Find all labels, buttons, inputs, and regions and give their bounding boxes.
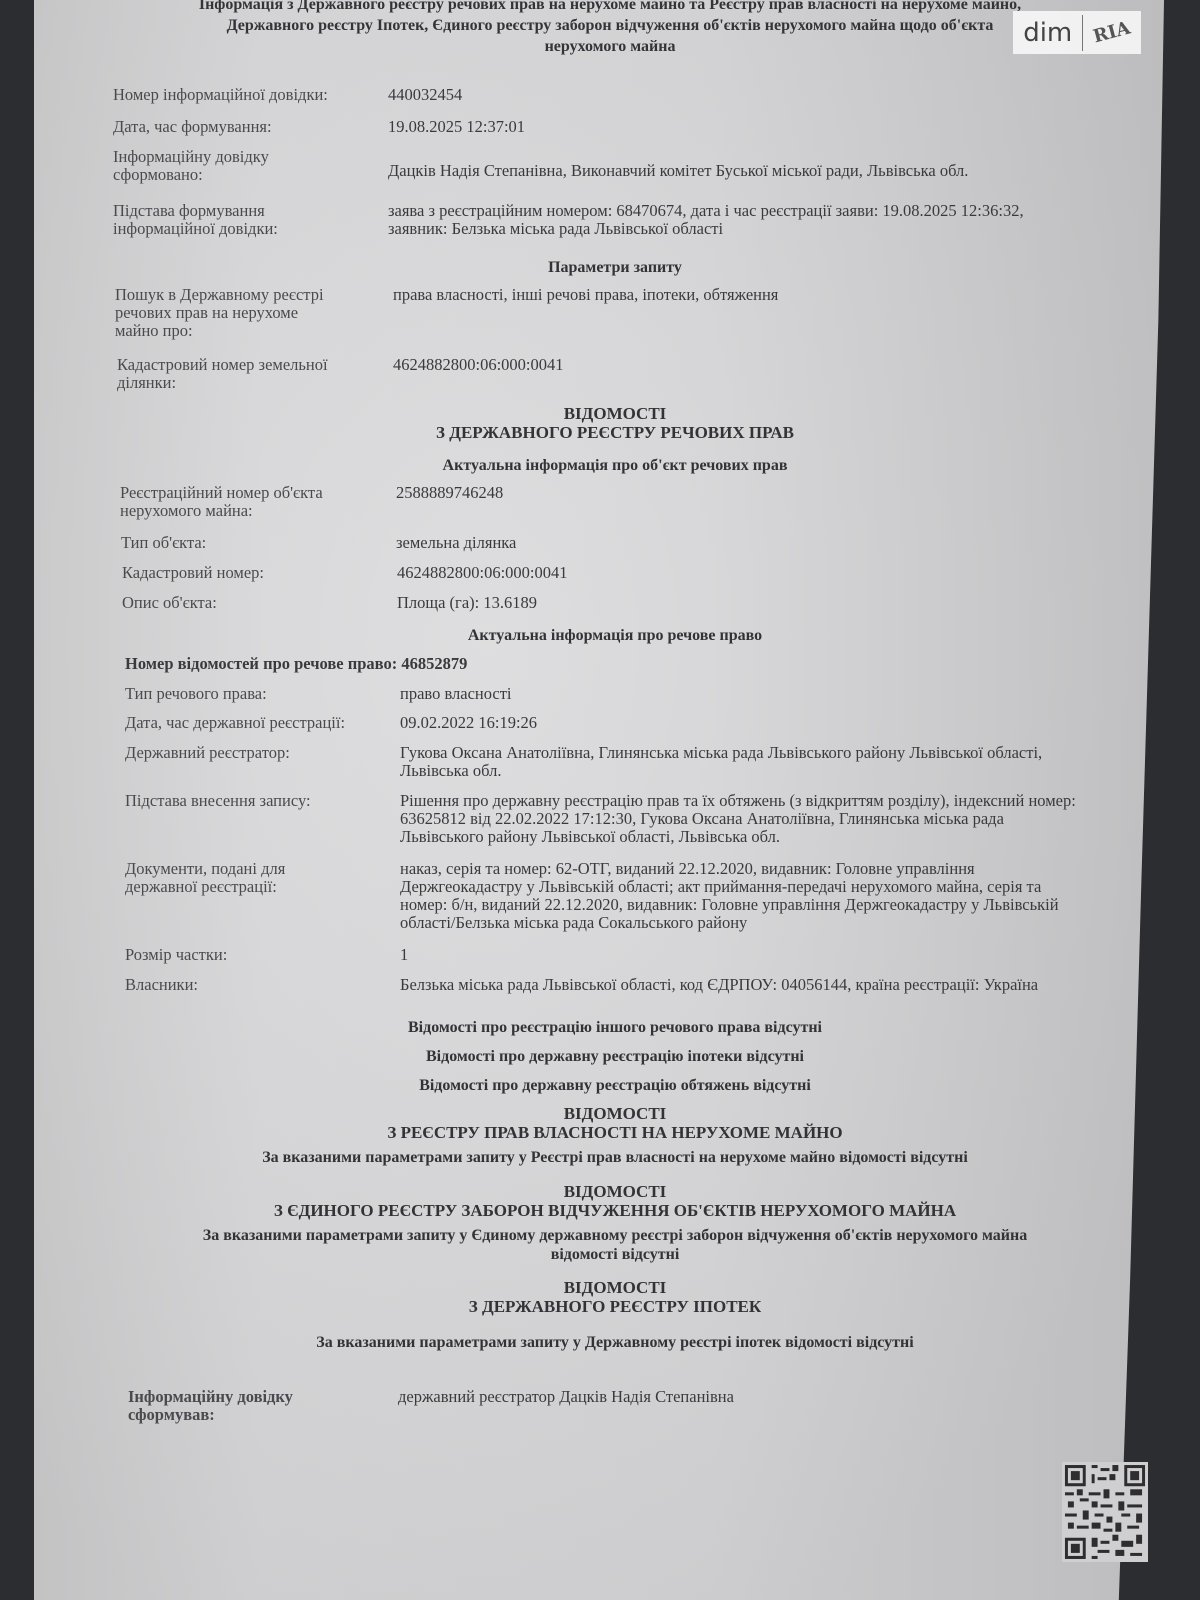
footer-generated-by: Інформаційну довідку сформував: державни…	[128, 1388, 1078, 1424]
query-row-cadastral-number: Кадастровий номер земельної ділянки: 462…	[117, 356, 1073, 392]
title-line-2: Державного реєстру Іпотек, Єдиного реєст…	[110, 15, 1110, 36]
right-row-registration-date: Дата, час державної реєстрації: 09.02.20…	[125, 714, 1080, 732]
right-row-type: Тип речового права: право власності	[125, 685, 1080, 703]
right-row-documents: Документи, подані для державної реєстрац…	[125, 860, 1080, 932]
meta-row-generated-by: Інформаційну довідку сформовано: Дацків …	[113, 148, 1068, 184]
prohibitions-register-note: За вказаними параметрами запиту у Єдином…	[120, 1226, 1110, 1264]
ownership-register-heading: ВІДОМОСТІ З РЕЄСТРУ ПРАВ ВЛАСНОСТІ НА НЕ…	[120, 1104, 1110, 1142]
absent-mortgage-note: Відомості про державну реєстрацію іпотек…	[120, 1047, 1110, 1066]
object-row-type: Тип об'єкта: земельна ділянка	[121, 534, 1076, 552]
ownership-register-note: За вказаними параметрами запиту у Реєстр…	[120, 1148, 1110, 1167]
object-info-subtitle: Актуальна інформація про об'єкт речових …	[120, 456, 1110, 475]
watermark-ria-logo: RIA	[1082, 15, 1143, 50]
right-row-basis: Підстава внесення запису: Рішення про де…	[125, 792, 1080, 846]
prohibitions-register-heading: ВІДОМОСТІ З ЄДИНОГО РЕЄСТРУ ЗАБОРОН ВІДЧ…	[120, 1182, 1110, 1220]
meta-row-reference-number: Номер інформаційної довідки: 440032454	[113, 86, 1068, 104]
title-line-3: нерухомого майна	[110, 36, 1110, 57]
document-title: Інформація з Державного реєстру речових …	[110, 0, 1110, 57]
meta-row-basis: Підстава формування інформаційної довідк…	[113, 202, 1068, 238]
right-row-registrar: Державний реєстратор: Гукова Оксана Анат…	[125, 744, 1080, 780]
query-row-search-scope: Пошук в Державному реєстрі речових прав …	[115, 286, 1073, 340]
object-row-cadastral-number: Кадастровий номер: 4624882800:06:000:004…	[122, 564, 1077, 582]
right-info-subtitle: Актуальна інформація про речове право	[120, 626, 1110, 645]
query-params-heading: Параметри запиту	[120, 258, 1110, 277]
mortgage-register-note: За вказаними параметрами запиту у Держав…	[120, 1333, 1110, 1352]
meta-row-generated-at: Дата, час формування: 19.08.2025 12:37:0…	[113, 118, 1068, 136]
absent-other-rights-note: Відомості про реєстрацію іншого речового…	[120, 1018, 1110, 1037]
dim-ria-watermark: dim RIA	[1013, 11, 1141, 54]
right-row-share: Розмір частки: 1	[125, 946, 1080, 964]
title-line-1: Інформація з Державного реєстру речових …	[110, 0, 1110, 15]
right-row-owners: Власники: Белзька міська рада Львівської…	[125, 976, 1080, 994]
absent-encumbrance-note: Відомості про державну реєстрацію обтяже…	[120, 1076, 1110, 1095]
object-row-registration-number: Реєстраційний номер об'єкта нерухомого м…	[120, 484, 1076, 520]
object-row-description: Опис об'єкта: Площа (га): 13.6189	[122, 594, 1077, 612]
right-record-number: Номер відомостей про речове право: 46852…	[125, 654, 467, 674]
rights-register-heading: ВІДОМОСТІ З ДЕРЖАВНОГО РЕЄСТРУ РЕЧОВИХ П…	[120, 404, 1110, 442]
mortgage-register-heading: ВІДОМОСТІ З ДЕРЖАВНОГО РЕЄСТРУ ІПОТЕК	[120, 1278, 1110, 1316]
qr-code-icon	[1062, 1462, 1148, 1562]
watermark-dim-logo: dim	[1013, 15, 1083, 51]
